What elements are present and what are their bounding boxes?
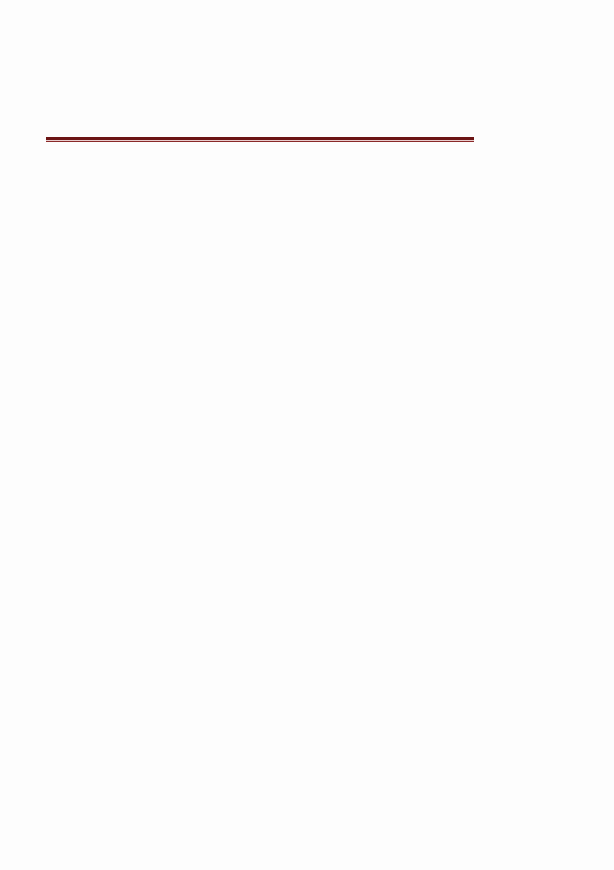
rule-spacer-20 xyxy=(46,137,474,142)
document-page xyxy=(0,0,614,870)
